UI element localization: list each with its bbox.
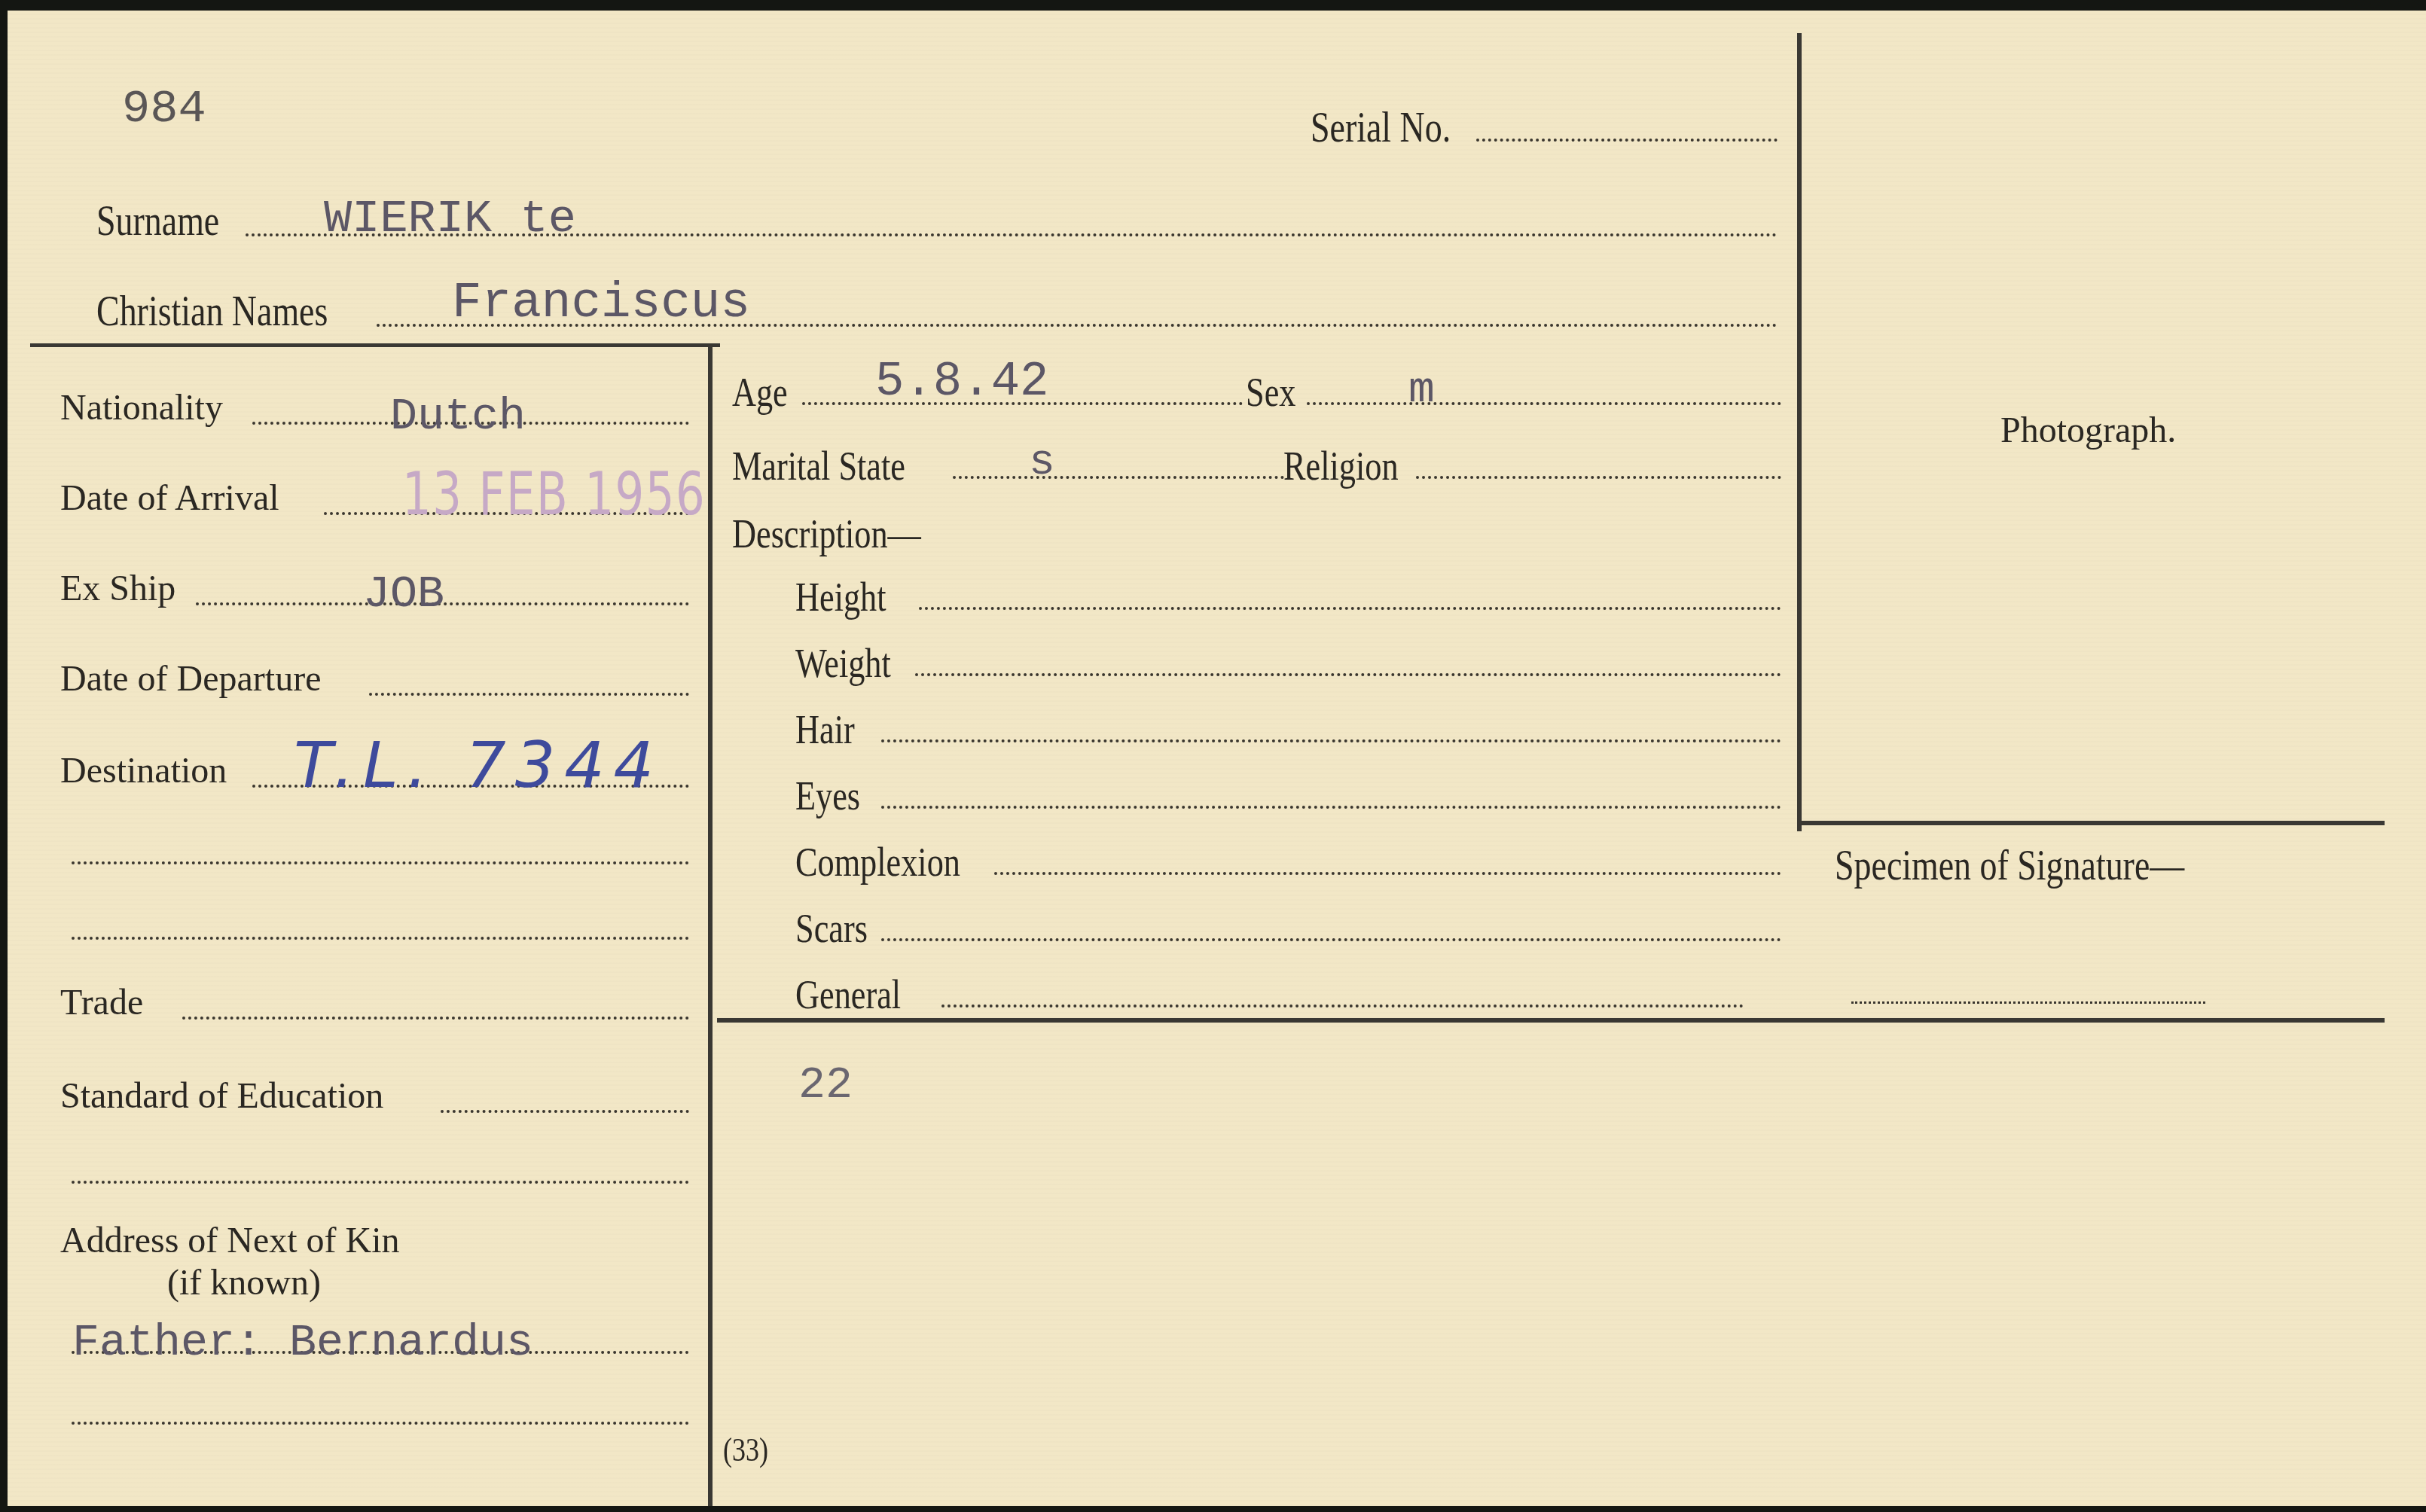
surname-label: Surname bbox=[96, 200, 219, 242]
general-label: General bbox=[795, 974, 901, 1015]
hair-label: Hair bbox=[795, 709, 855, 750]
sex-field[interactable] bbox=[1307, 402, 1781, 405]
photograph-box: Photograph. bbox=[1802, 33, 2385, 821]
sex-value: m bbox=[1408, 369, 1435, 413]
christian-names-value: Franciscus bbox=[452, 279, 750, 328]
blank-line-3[interactable] bbox=[72, 1181, 689, 1184]
height-field[interactable] bbox=[919, 607, 1781, 610]
signature-label: Specimen of Signature— bbox=[1835, 845, 2184, 887]
nationality-label: Nationality bbox=[60, 390, 223, 426]
religion-label: Religion bbox=[1283, 446, 1399, 486]
sex-label: Sex bbox=[1246, 372, 1295, 413]
date-of-departure-field[interactable] bbox=[369, 693, 689, 696]
blank-line-1[interactable] bbox=[72, 861, 689, 864]
complexion-label: Complexion bbox=[795, 842, 960, 883]
signature-line[interactable] bbox=[1851, 1001, 2205, 1004]
standard-of-education-field[interactable] bbox=[441, 1110, 689, 1113]
next-of-kin-sublabel: (if known) bbox=[167, 1265, 321, 1301]
description-bottom-rule bbox=[717, 1018, 2385, 1023]
date-of-arrival-label: Date of Arrival bbox=[60, 480, 279, 517]
scars-label: Scars bbox=[795, 908, 868, 949]
form-code: (33) bbox=[723, 1434, 768, 1467]
scars-field[interactable] bbox=[881, 938, 1781, 941]
next-of-kin-value: Father: Bernardus bbox=[72, 1321, 533, 1366]
weight-field[interactable] bbox=[915, 673, 1781, 676]
marital-state-label: Marital State bbox=[732, 446, 905, 486]
record-number: 984 bbox=[122, 86, 206, 133]
age-value: 5.8.42 bbox=[875, 358, 1048, 407]
general-field[interactable] bbox=[941, 1004, 1744, 1007]
date-of-departure-label: Date of Departure bbox=[60, 661, 321, 697]
blank-line-4[interactable] bbox=[72, 1422, 689, 1425]
marital-state-field[interactable] bbox=[953, 476, 1284, 479]
eyes-label: Eyes bbox=[795, 776, 860, 816]
destination-value: T.L. 7344 bbox=[294, 733, 663, 797]
trade-field[interactable] bbox=[182, 1017, 689, 1020]
blank-line-2[interactable] bbox=[72, 937, 689, 940]
marital-state-value: s bbox=[1029, 441, 1055, 485]
date-of-arrival-stamp: 13 FEB 1956 bbox=[402, 465, 706, 524]
surname-value: WIERIK te bbox=[324, 196, 576, 242]
serial-no-field[interactable] bbox=[1476, 139, 1778, 142]
left-section-top-rule bbox=[30, 343, 720, 347]
height-label: Height bbox=[795, 577, 886, 617]
description-label: Description— bbox=[732, 514, 921, 554]
standard-of-education-label: Standard of Education bbox=[60, 1078, 383, 1114]
nationality-value: Dutch bbox=[390, 395, 526, 440]
christian-names-label: Christian Names bbox=[96, 291, 328, 333]
signature-area[interactable]: Specimen of Signature— bbox=[1802, 825, 2385, 1018]
lower-number: 22 bbox=[798, 1063, 853, 1108]
left-column-divider bbox=[708, 343, 713, 1506]
photograph-label: Photograph. bbox=[2000, 413, 2176, 449]
serial-no-label: Serial No. bbox=[1311, 107, 1451, 149]
weight-label: Weight bbox=[795, 643, 891, 684]
eyes-field[interactable] bbox=[881, 806, 1781, 809]
next-of-kin-label: Address of Next of Kin bbox=[60, 1223, 400, 1259]
hair-field[interactable] bbox=[881, 739, 1781, 742]
religion-field[interactable] bbox=[1416, 476, 1781, 479]
registration-card: 984 Serial No. Surname WIERIK te Christi… bbox=[8, 11, 2426, 1506]
ex-ship-label: Ex Ship bbox=[60, 571, 175, 607]
age-label: Age bbox=[732, 372, 788, 413]
destination-label: Destination bbox=[60, 753, 227, 789]
ex-ship-value: JOB bbox=[363, 572, 444, 617]
trade-label: Trade bbox=[60, 985, 143, 1021]
complexion-field[interactable] bbox=[994, 872, 1781, 875]
